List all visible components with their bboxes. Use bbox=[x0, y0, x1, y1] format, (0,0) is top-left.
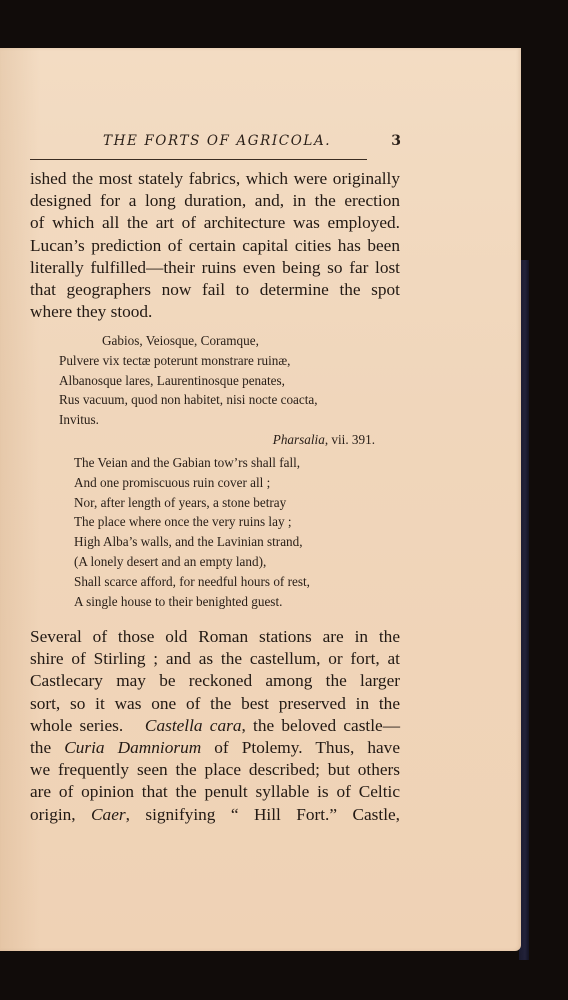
text-line: are of opinion that the penult syllable … bbox=[30, 781, 400, 803]
verse-line: And one promiscuous ruin cover all ; bbox=[74, 473, 374, 493]
italic-term: Curia Damniorum bbox=[64, 738, 201, 757]
latin-verse-quote: Gabios, Veiosque, Coramque, Pulvere vix … bbox=[59, 331, 379, 450]
verse-line: Shall scarce afford, for needful hours o… bbox=[74, 572, 374, 592]
page-header: THE FORTS OF AGRICOLA. 3 bbox=[31, 133, 401, 155]
text-run: , signifying “ Hill Fort.” Castle, bbox=[126, 805, 400, 824]
text-line: where they stood. bbox=[30, 301, 400, 323]
header-rule bbox=[30, 159, 367, 160]
paragraph-1: ished the most stately fabrics, which we… bbox=[30, 168, 400, 323]
text-line: sort, so it was one of the best preserve… bbox=[30, 693, 400, 715]
text-line: of which all the art of architecture was… bbox=[30, 212, 400, 234]
citation-ref: , vii. 391. bbox=[325, 432, 375, 447]
text-line: whole series. Castella cara, the beloved… bbox=[30, 715, 400, 737]
text-line: Several of those old Roman stations are … bbox=[30, 626, 400, 648]
text-line: origin, Caer, signifying “ Hill Fort.” C… bbox=[30, 804, 400, 826]
text-line: that geographers now fail to determine t… bbox=[30, 279, 400, 301]
verse-line: High Alba’s walls, and the Lavinian stra… bbox=[74, 532, 374, 552]
text-run: of Ptolemy. Thus, have bbox=[201, 738, 400, 757]
text-line: the Curia Damniorum of Ptolemy. Thus, ha… bbox=[30, 737, 400, 759]
verse-line: The place where once the very ruins lay … bbox=[74, 512, 374, 532]
verse-line: Albanosque lares, Laurentinosque penates… bbox=[59, 371, 379, 391]
text-line: Castlecary may be reckoned among the lar… bbox=[30, 670, 400, 692]
text-line: ished the most stately fabrics, which we… bbox=[30, 168, 400, 190]
text-run: the bbox=[30, 738, 64, 757]
verse-line: A single house to their benighted guest. bbox=[74, 592, 374, 612]
text-line: shire of Stirling ; and as the castellum… bbox=[30, 648, 400, 670]
page-number: 3 bbox=[391, 133, 401, 149]
verse-line: Rus vacuum, quod non habitet, nisi nocte… bbox=[59, 390, 379, 410]
italic-term: Castella cara bbox=[145, 716, 242, 735]
running-title: THE FORTS OF AGRICOLA. bbox=[103, 133, 331, 149]
italic-term: Caer bbox=[91, 805, 126, 824]
paragraph-2: Several of those old Roman stations are … bbox=[30, 626, 400, 826]
verse-line: Pulvere vix tectæ poterunt monstrare rui… bbox=[59, 351, 379, 371]
verse-line: Nor, after length of years, a stone betr… bbox=[74, 493, 374, 513]
verse-citation: Pharsalia, vii. 391. bbox=[59, 430, 379, 450]
text-run: whole series. bbox=[30, 716, 123, 735]
citation-work: Pharsalia bbox=[273, 432, 325, 447]
verse-line: Gabios, Veiosque, Coramque, bbox=[59, 331, 379, 351]
verse-line: Invitus. bbox=[59, 410, 379, 430]
english-verse-translation: The Veian and the Gabian tow’rs shall fa… bbox=[74, 453, 374, 611]
text-line: we frequently seen the place described; … bbox=[30, 759, 400, 781]
text-line: literally fulfilled—their ruins even bei… bbox=[30, 257, 400, 279]
verse-line: The Veian and the Gabian tow’rs shall fa… bbox=[74, 453, 374, 473]
text-run: origin, bbox=[30, 805, 91, 824]
text-line: designed for a long duration, and, in th… bbox=[30, 190, 400, 212]
text-line: Lucan’s prediction of certain capital ci… bbox=[30, 235, 400, 257]
verse-line: (A lonely desert and an empty land), bbox=[74, 552, 374, 572]
text-run: , the beloved castle— bbox=[241, 716, 400, 735]
